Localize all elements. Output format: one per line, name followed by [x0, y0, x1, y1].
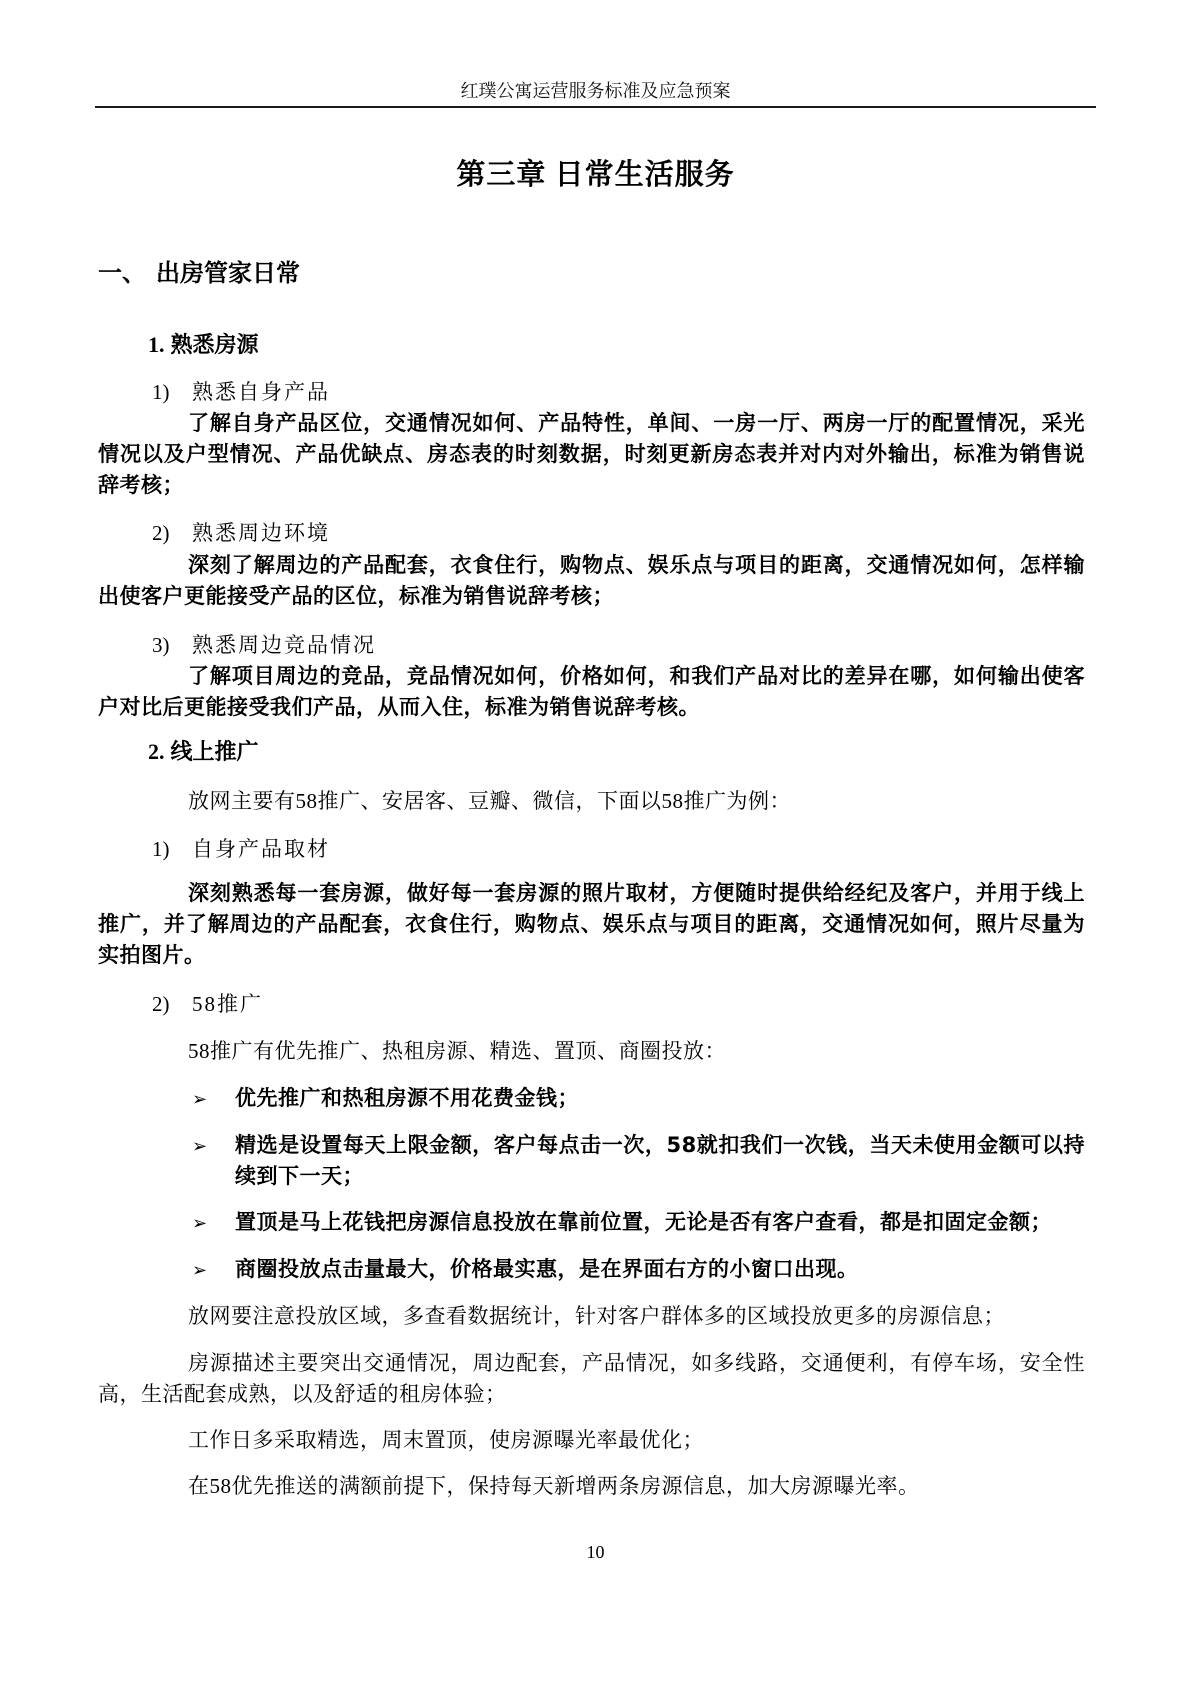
list-item-1-title: 熟悉自身产品 — [192, 377, 330, 408]
list-item-2-number: 2) — [152, 518, 192, 549]
list-item-1-number: 1) — [152, 377, 192, 408]
subsection-2-heading: 2. 线上推广 — [148, 736, 259, 767]
chapter-title: 第三章 日常生活服务 — [0, 156, 1191, 194]
section-heading: 一、 出房管家日常 — [98, 258, 300, 290]
list-item-5: 2) 58推广 — [152, 989, 263, 1020]
list-item-3-title: 熟悉周边竞品情况 — [192, 630, 376, 661]
list-item-3: 3) 熟悉周边竞品情况 — [152, 630, 376, 661]
promo-58-lead: 58推广有优先推广、热租房源、精选、置顶、商圈投放： — [98, 1036, 1085, 1067]
document-page: 红璞公寓运营服务标准及应急预案 第三章 日常生活服务 一、 出房管家日常 1. … — [0, 0, 1191, 1684]
promo-note-4: 在58优先推送的满额前提下，保持每天新增两条房源信息，加大房源曝光率。 — [98, 1471, 1085, 1502]
list-item-4-number: 1) — [152, 834, 192, 865]
list-item-2-body: 深刻了解周边的产品配套，衣食住行，购物点、娱乐点与项目的距离，交通情况如何，怎样… — [98, 550, 1085, 612]
arrow-bullet-icon: ➢ — [192, 1207, 235, 1239]
list-item-4-body: 深刻熟悉每一套房源，做好每一套房源的照片取材，方便随时提供给经纪及客户，并用于线… — [98, 878, 1085, 971]
subsection-2-number: 2. — [148, 736, 165, 767]
subsection-2-title: 线上推广 — [171, 736, 259, 767]
subsection-1-number: 1. — [148, 329, 165, 360]
running-header-title: 红璞公寓运营服务标准及应急预案 — [0, 80, 1191, 102]
bullet-item-4-text: 商圈投放点击量最大，价格最实惠，是在界面右方的小窗口出现。 — [235, 1254, 1085, 1286]
header-divider — [95, 106, 1096, 108]
bullet-item-3-text: 置顶是马上花钱把房源信息投放在靠前位置，无论是否有客户查看，都是扣固定金额； — [235, 1207, 1085, 1239]
list-item-2-title: 熟悉周边环境 — [192, 518, 330, 549]
online-promo-intro: 放网主要有58推广、安居客、豆瓣、微信，下面以58推广为例： — [98, 786, 1085, 817]
promo-note-2: 房源描述主要突出交通情况，周边配套，产品情况，如多线路，交通便利，有停车场，安全… — [98, 1348, 1085, 1410]
list-item-5-number: 2) — [152, 989, 192, 1020]
arrow-bullet-icon: ➢ — [192, 1083, 235, 1115]
bullet-item-2-text: 精选是设置每天上限金额，客户每点击一次，58就扣我们一次钱，当天未使用金额可以持… — [235, 1130, 1085, 1192]
list-item-1-body: 了解自身产品区位，交通情况如何、产品特性，单间、一房一厅、两房一厅的配置情况，采… — [98, 408, 1085, 501]
list-item-3-body: 了解项目周边的竞品，竞品情况如何，价格如何，和我们产品对比的差异在哪，如何输出使… — [98, 661, 1085, 723]
bullet-item-3: ➢ 置顶是马上花钱把房源信息投放在靠前位置，无论是否有客户查看，都是扣固定金额； — [192, 1207, 1085, 1239]
list-item-4-title: 自身产品取材 — [192, 834, 330, 865]
section-number: 一、 — [98, 258, 146, 290]
bullet-item-2: ➢ 精选是设置每天上限金额，客户每点击一次，58就扣我们一次钱，当天未使用金额可… — [192, 1130, 1085, 1192]
list-item-3-number: 3) — [152, 630, 192, 661]
bullet-item-1-text: 优先推广和热租房源不用花费金钱； — [235, 1083, 1085, 1115]
promo-note-3: 工作日多采取精选，周末置顶，使房源曝光率最优化； — [98, 1425, 1085, 1456]
arrow-bullet-icon: ➢ — [192, 1254, 235, 1286]
section-title: 出房管家日常 — [156, 258, 300, 290]
promo-note-1: 放网要注意投放区域，多查看数据统计，针对客户群体多的区域投放更多的房源信息； — [98, 1301, 1085, 1332]
list-item-1: 1) 熟悉自身产品 — [152, 377, 330, 408]
subsection-1-heading: 1. 熟悉房源 — [148, 329, 259, 360]
page-number: 10 — [0, 1541, 1191, 1563]
list-item-4: 1) 自身产品取材 — [152, 834, 330, 865]
bullet-item-4: ➢ 商圈投放点击量最大，价格最实惠，是在界面右方的小窗口出现。 — [192, 1254, 1085, 1286]
list-item-5-title: 58推广 — [192, 989, 263, 1020]
list-item-2: 2) 熟悉周边环境 — [152, 518, 330, 549]
arrow-bullet-icon: ➢ — [192, 1130, 235, 1192]
subsection-1-title: 熟悉房源 — [171, 329, 259, 360]
bullet-item-1: ➢ 优先推广和热租房源不用花费金钱； — [192, 1083, 1085, 1115]
